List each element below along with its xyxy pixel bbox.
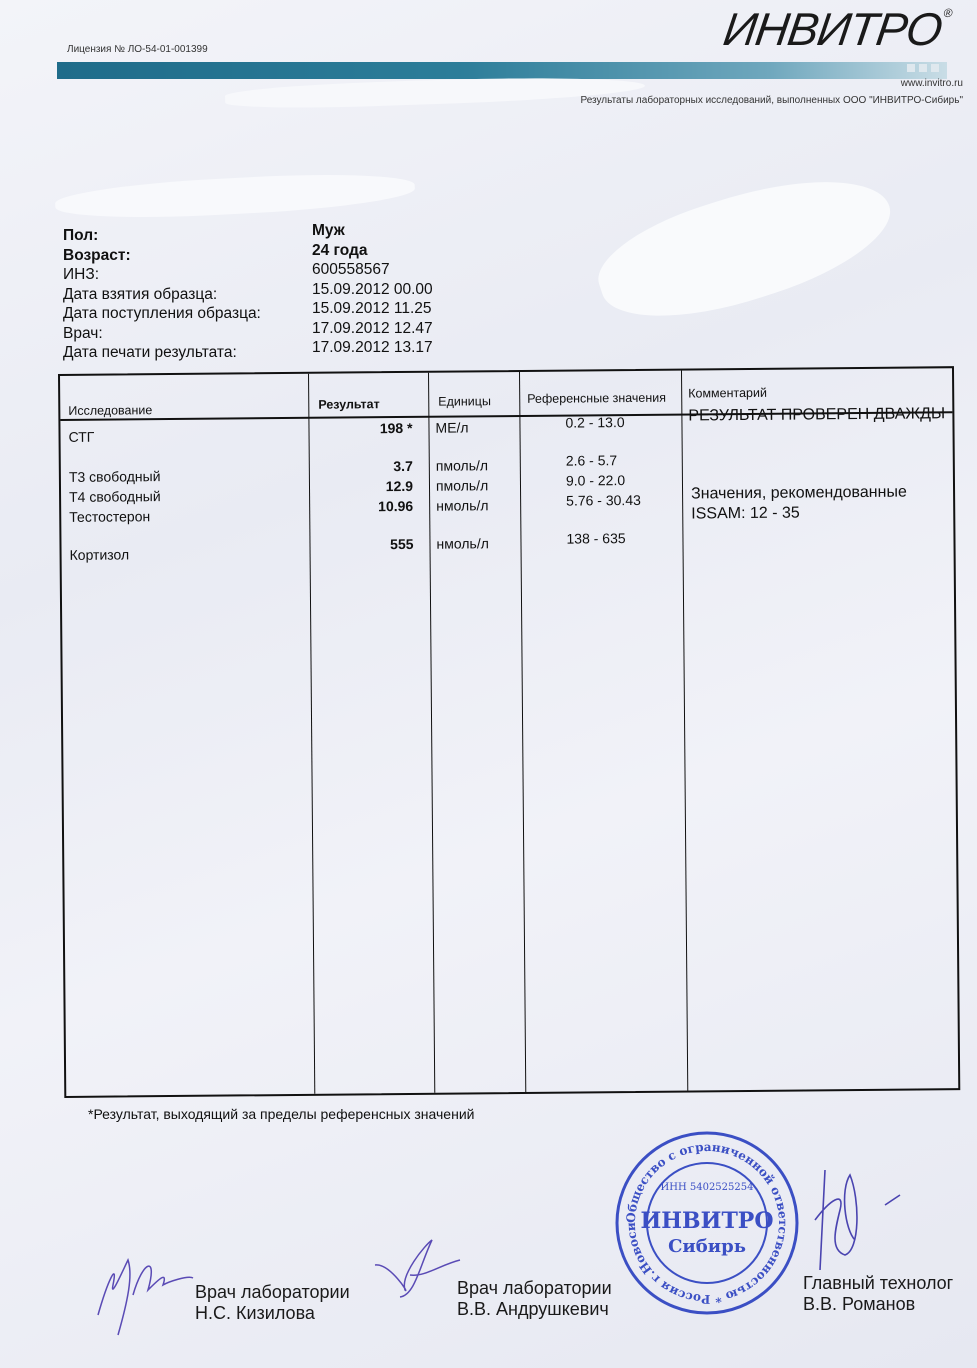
cell-test: Т4 свободный bbox=[69, 488, 161, 505]
cell-result: 10.96 bbox=[313, 498, 413, 515]
cell-reference: 0.2 - 13.0 bbox=[565, 414, 624, 431]
svg-text:ИНН 5402525254: ИНН 5402525254 bbox=[661, 1182, 754, 1193]
signer-role: Врач лаборатории bbox=[195, 1282, 350, 1303]
value-receipt-date: 15.09.2012 11.25 bbox=[312, 299, 433, 319]
cell-units: нмоль/л bbox=[436, 497, 488, 513]
label-doctor: Врач: bbox=[63, 324, 261, 344]
col-divider bbox=[428, 373, 435, 1093]
cell-reference: 2.6 - 5.7 bbox=[566, 452, 618, 468]
svg-text:ИНВИТРО: ИНВИТРО bbox=[640, 1208, 773, 1234]
label-inz: ИНЗ: bbox=[63, 265, 261, 285]
patient-values: Муж 24 года 600558567 15.09.2012 00.00 1… bbox=[312, 221, 433, 358]
col-divider bbox=[519, 372, 526, 1092]
cell-test: Т3 свободный bbox=[69, 468, 161, 485]
label-sex: Пол: bbox=[63, 226, 261, 246]
svg-text:Сибирь: Сибирь bbox=[668, 1236, 746, 1257]
cell-result: 555 bbox=[313, 536, 413, 553]
value-age: 24 года bbox=[312, 241, 433, 261]
document-subtitle: Результаты лабораторных исследований, вы… bbox=[580, 95, 963, 106]
signature-block-3: Главный технолог В.В. Романов bbox=[803, 1273, 953, 1315]
signer-name: В.В. Романов bbox=[803, 1294, 953, 1315]
value-print-date: 17.09.2012 13.17 bbox=[312, 338, 433, 358]
signer-name: Н.С. Кизилова bbox=[195, 1303, 350, 1324]
cell-result: 12.9 bbox=[313, 478, 413, 495]
value-doctor: 17.09.2012 12.47 bbox=[312, 319, 433, 339]
label-print-date: Дата печати результата: bbox=[63, 343, 261, 363]
cell-units: МЕ/л bbox=[435, 419, 468, 435]
band-squares-decoration bbox=[907, 64, 939, 72]
signer-name: В.В. Андрушкевич bbox=[457, 1299, 612, 1320]
signature-kizilova bbox=[88, 1240, 198, 1340]
cell-units: нмоль/л bbox=[436, 535, 488, 551]
value-sex: Муж bbox=[312, 221, 433, 241]
label-receipt-date: Дата поступления образца: bbox=[63, 304, 261, 324]
col-divider bbox=[681, 371, 688, 1091]
header-result: Результат bbox=[318, 397, 380, 412]
results-table: Исследование Результат Единицы Референсн… bbox=[58, 366, 960, 1098]
signature-block-1: Врач лаборатории Н.С. Кизилова bbox=[195, 1282, 350, 1324]
patient-labels: Пол: Возраст: ИНЗ: Дата взятия образца: … bbox=[63, 226, 261, 363]
cell-reference: 138 - 635 bbox=[566, 530, 625, 547]
signature-block-2: Врач лаборатории В.В. Андрушкевич bbox=[457, 1278, 612, 1320]
license-number: Лицензия № ЛО-54-01-001399 bbox=[67, 44, 208, 55]
cell-reference: 9.0 - 22.0 bbox=[566, 472, 625, 489]
footnote: *Результат, выходящий за пределы референ… bbox=[88, 1106, 474, 1122]
header-reference: Референсные значения bbox=[527, 391, 666, 406]
value-inz: 600558567 bbox=[312, 260, 433, 280]
header-comment: Комментарий bbox=[688, 386, 767, 401]
header-test: Исследование bbox=[68, 403, 152, 418]
cell-test: Тестостерон bbox=[69, 508, 150, 525]
label-sample-date: Дата взятия образца: bbox=[63, 285, 261, 305]
cell-result: 198 * bbox=[312, 420, 412, 437]
comment-stg: РЕЗУЛЬТАТ ПРОВЕРЕН ДВАЖДЫ bbox=[688, 404, 945, 426]
redaction-mark-right bbox=[586, 151, 904, 344]
cell-units: пмоль/л bbox=[436, 457, 488, 473]
signature-andrushkevich bbox=[370, 1235, 470, 1305]
signer-role: Врач лаборатории bbox=[457, 1278, 612, 1299]
cell-test: Кортизол bbox=[70, 546, 130, 563]
signer-role: Главный технолог bbox=[803, 1273, 953, 1294]
invitro-logo: ИНВИТРО® bbox=[720, 2, 953, 56]
website-text: www.invitro.ru bbox=[901, 78, 963, 89]
cell-result: 3.7 bbox=[313, 458, 413, 475]
cell-units: пмоль/л bbox=[436, 477, 488, 493]
label-age: Возраст: bbox=[63, 246, 261, 266]
cell-reference: 5.76 - 30.43 bbox=[566, 492, 641, 509]
cell-test: СТГ bbox=[68, 429, 94, 445]
header-band bbox=[57, 62, 947, 79]
signature-romanov bbox=[800, 1160, 910, 1280]
header-units: Единицы bbox=[438, 394, 491, 408]
company-stamp: Общество с ограниченной ответственностью… bbox=[612, 1128, 802, 1318]
value-sample-date: 15.09.2012 00.00 bbox=[312, 280, 433, 300]
comment-testosterone: Значения, рекомендованные ISSAM: 12 - 35 bbox=[691, 482, 931, 524]
redaction-patient-name bbox=[54, 169, 415, 224]
